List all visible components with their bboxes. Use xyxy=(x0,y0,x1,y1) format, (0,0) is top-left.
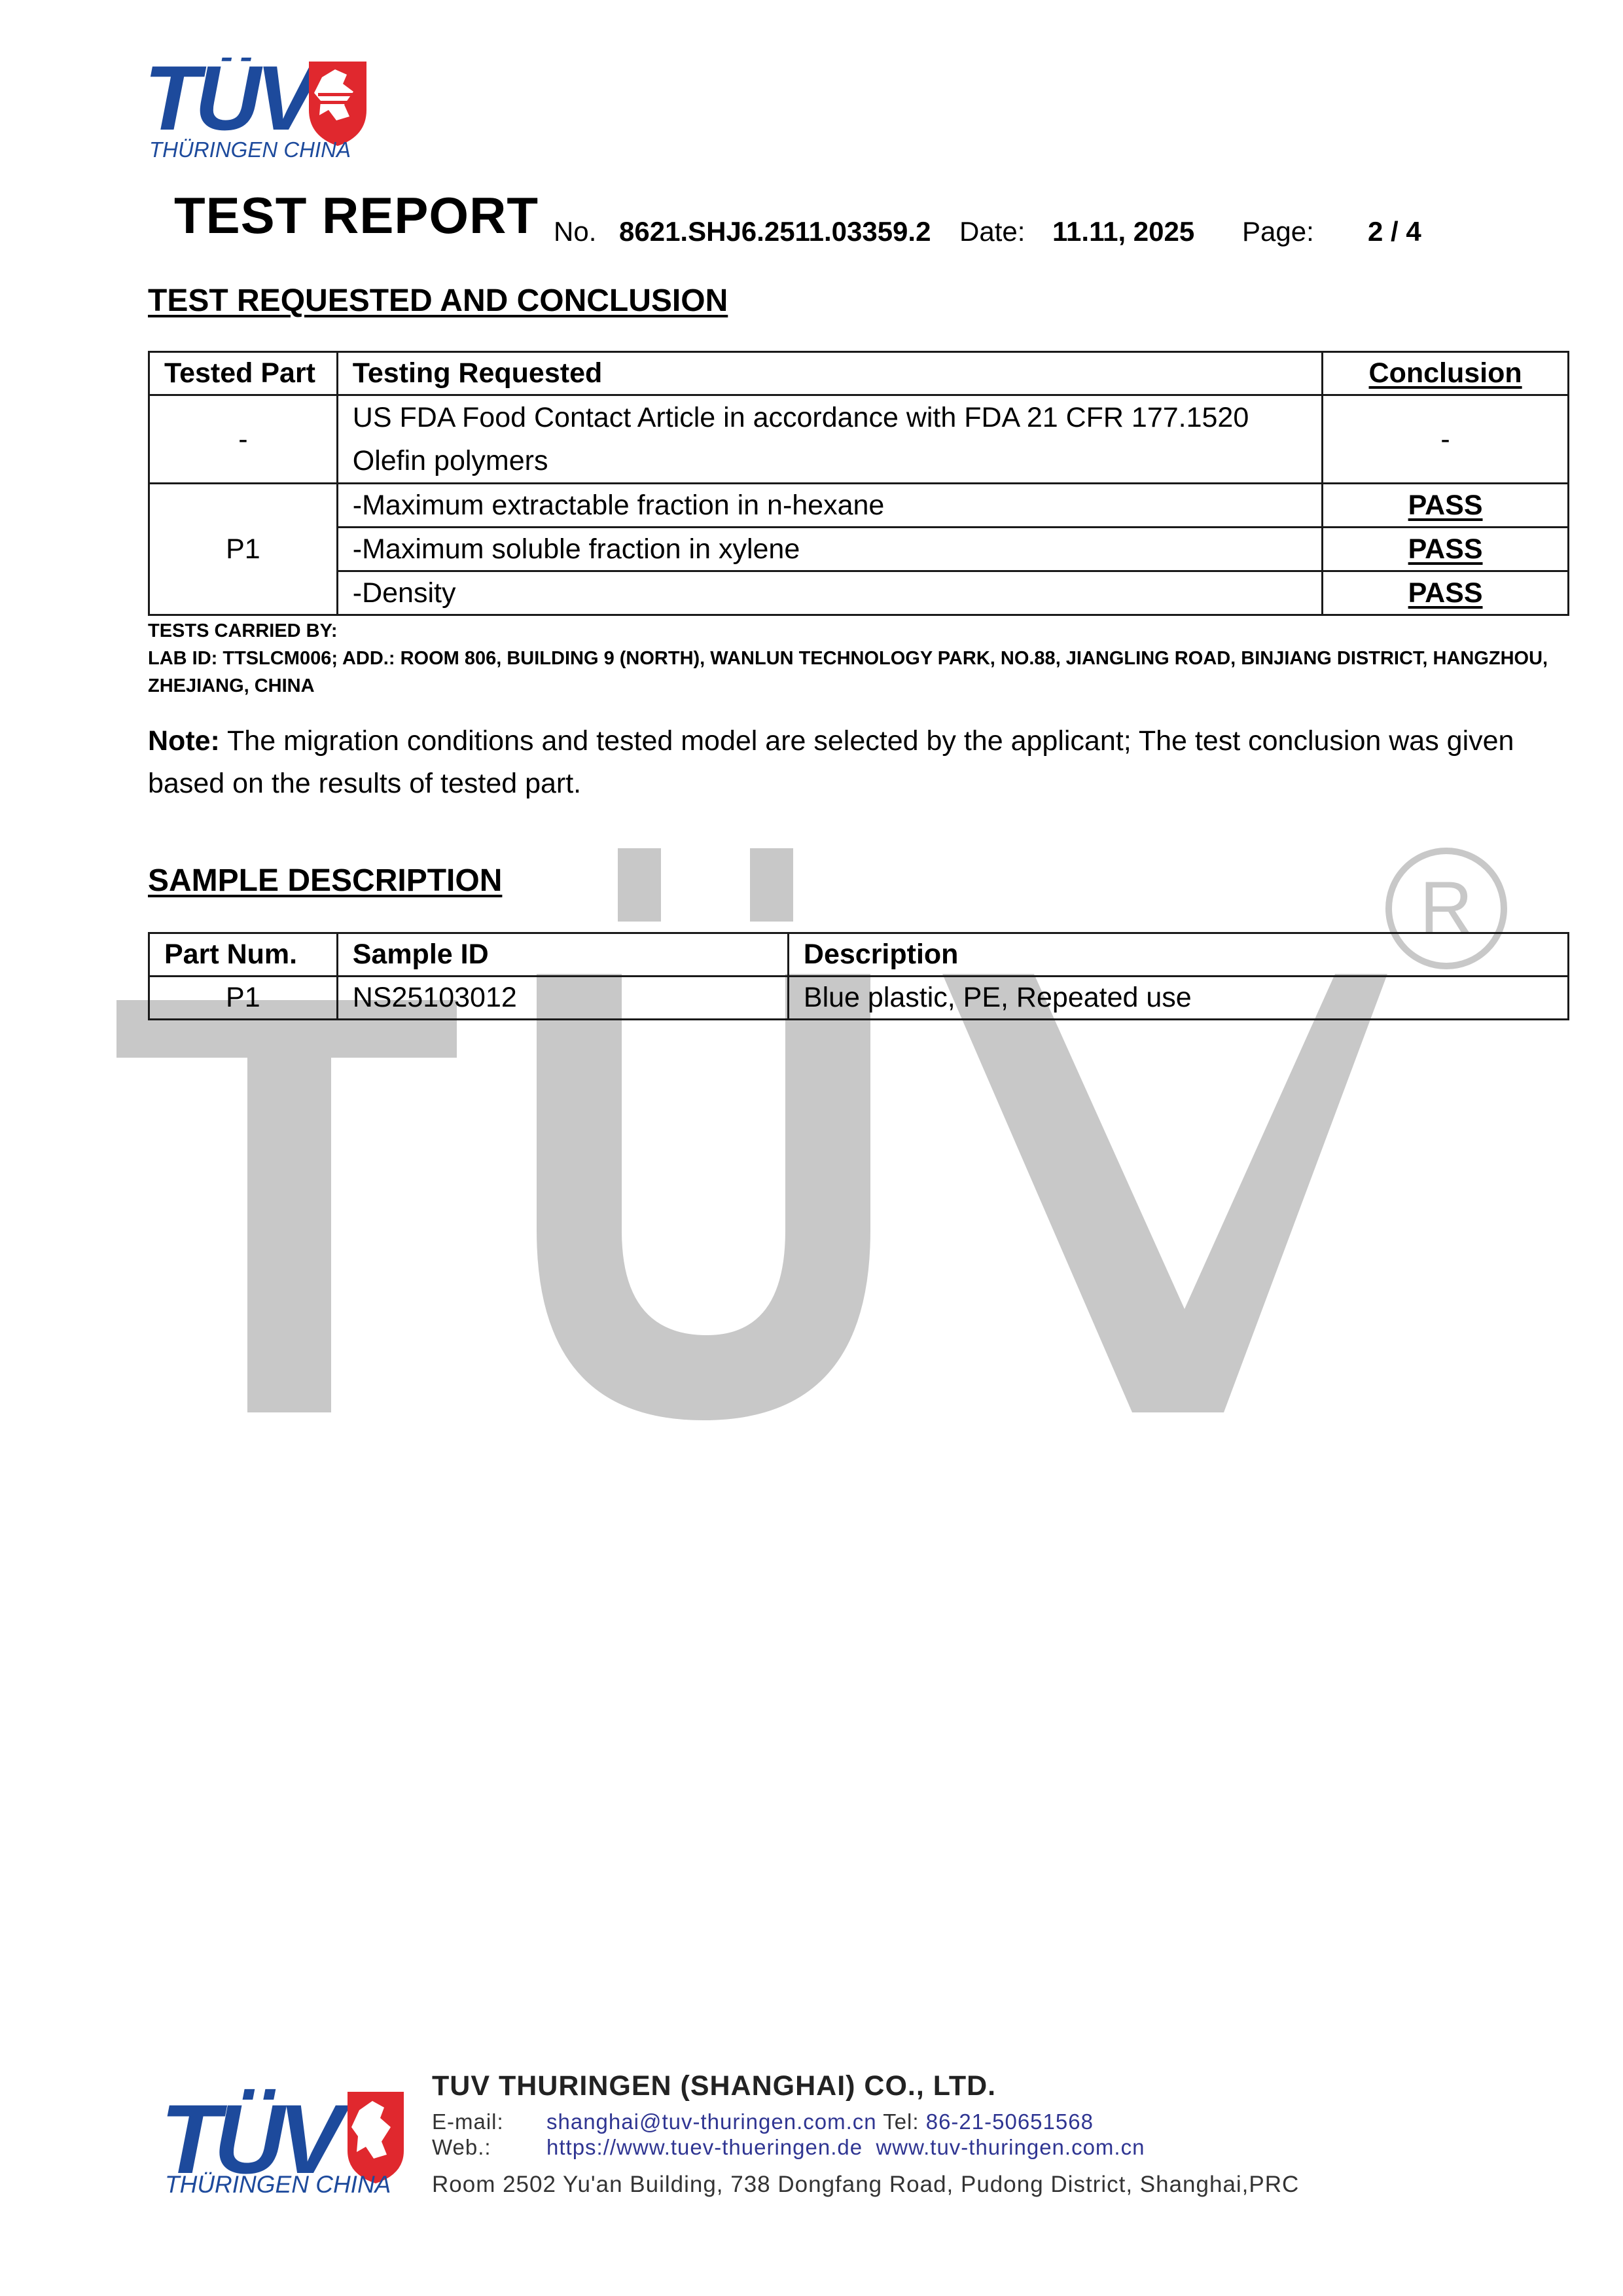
table-row: -Density PASS xyxy=(149,571,1569,615)
tel-number[interactable]: 86-21-50651568 xyxy=(926,2109,1094,2134)
report-no: 8621.SHJ6.2511.03359.2 xyxy=(619,216,931,247)
logo-subtitle: THÜRINGEN CHINA xyxy=(149,137,351,162)
table-row: -Maximum soluble fraction in xylene PASS xyxy=(149,528,1569,571)
date-label: Date: xyxy=(959,216,1025,247)
report-no-label: No. xyxy=(554,216,596,247)
footer-web-line: Web.:https://www.tuev-thueringen.de www.… xyxy=(432,2135,1145,2160)
col-conclusion: Conclusion xyxy=(1323,352,1569,395)
conclusion-pass: PASS xyxy=(1408,490,1483,521)
footer-logo-subtitle: THÜRINGEN CHINA xyxy=(165,2171,391,2198)
footer-address: Room 2502 Yu'an Building, 738 Dongfang R… xyxy=(432,2172,1299,2198)
test-requested-table: Tested Part Testing Requested Conclusion… xyxy=(148,351,1569,616)
report-date: 11.11, 2025 xyxy=(1052,216,1194,247)
note-text: The migration conditions and tested mode… xyxy=(148,725,1514,799)
col-description: Description xyxy=(788,933,1568,977)
sample-description: Blue plastic, PE, Repeated use xyxy=(788,977,1568,1020)
conclusion: - xyxy=(1323,395,1569,484)
footer-company-name: TUV THURINGEN (SHANGHAI) CO., LTD. xyxy=(432,2070,996,2102)
testing-requested-line2: Olefin polymers xyxy=(353,439,1307,482)
tested-part: - xyxy=(149,395,338,484)
col-part-num: Part Num. xyxy=(149,933,338,977)
web-link-de[interactable]: https://www.tuev-thueringen.de xyxy=(546,2135,863,2159)
testing-requested: -Maximum extractable fraction in n-hexan… xyxy=(337,484,1322,528)
section-title-sample-description: SAMPLE DESCRIPTION xyxy=(148,863,502,899)
col-tested-part: Tested Part xyxy=(149,352,338,395)
testing-requested: -Density xyxy=(337,571,1322,615)
svg-text:TÜV: TÜV xyxy=(144,58,324,149)
part-num: P1 xyxy=(149,977,338,1020)
note-label: Note: xyxy=(148,725,220,757)
table-row: P1 -Maximum extractable fraction in n-he… xyxy=(149,484,1569,528)
footer-email-line: E-mail:shanghai@tuv-thuringen.com.cn Tel… xyxy=(432,2109,1094,2134)
web-label: Web.: xyxy=(432,2135,546,2160)
page-number: 2 / 4 xyxy=(1368,216,1421,247)
table-header-row: Tested Part Testing Requested Conclusion xyxy=(149,352,1569,395)
testing-requested: -Maximum soluble fraction in xylene xyxy=(337,528,1322,571)
table-row: P1 NS25103012 Blue plastic, PE, Repeated… xyxy=(149,977,1569,1020)
tel-label: Tel: xyxy=(883,2109,919,2134)
sample-description-table: Part Num. Sample ID Description P1 NS251… xyxy=(148,932,1569,1020)
sample-id: NS25103012 xyxy=(337,977,788,1020)
email-link[interactable]: shanghai@tuv-thuringen.com.cn xyxy=(546,2109,877,2134)
col-testing-requested: Testing Requested xyxy=(337,352,1322,395)
table-header-row: Part Num. Sample ID Description xyxy=(149,933,1569,977)
tests-carried-by: TESTS CARRIED BY: LAB ID: TTSLCM006; ADD… xyxy=(148,617,1588,700)
email-label: E-mail: xyxy=(432,2109,546,2134)
report-title: TEST REPORT xyxy=(174,186,539,245)
page-label: Page: xyxy=(1242,216,1314,247)
carried-by-label: TESTS CARRIED BY: xyxy=(148,617,1588,645)
testing-requested-line1: US FDA Food Contact Article in accordanc… xyxy=(353,396,1307,439)
table-row: - US FDA Food Contact Article in accorda… xyxy=(149,395,1569,484)
col-sample-id: Sample ID xyxy=(337,933,788,977)
conclusion-pass: PASS xyxy=(1408,577,1483,609)
web-link-cn[interactable]: www.tuv-thuringen.com.cn xyxy=(876,2135,1145,2159)
note: Note: The migration conditions and teste… xyxy=(148,720,1588,805)
conclusion-pass: PASS xyxy=(1408,533,1483,565)
section-title-test-requested: TEST REQUESTED AND CONCLUSION xyxy=(148,283,728,319)
carried-by-lab-address: LAB ID: TTSLCM006; ADD.: ROOM 806, BUILD… xyxy=(148,645,1588,700)
tested-part: P1 xyxy=(149,484,338,615)
